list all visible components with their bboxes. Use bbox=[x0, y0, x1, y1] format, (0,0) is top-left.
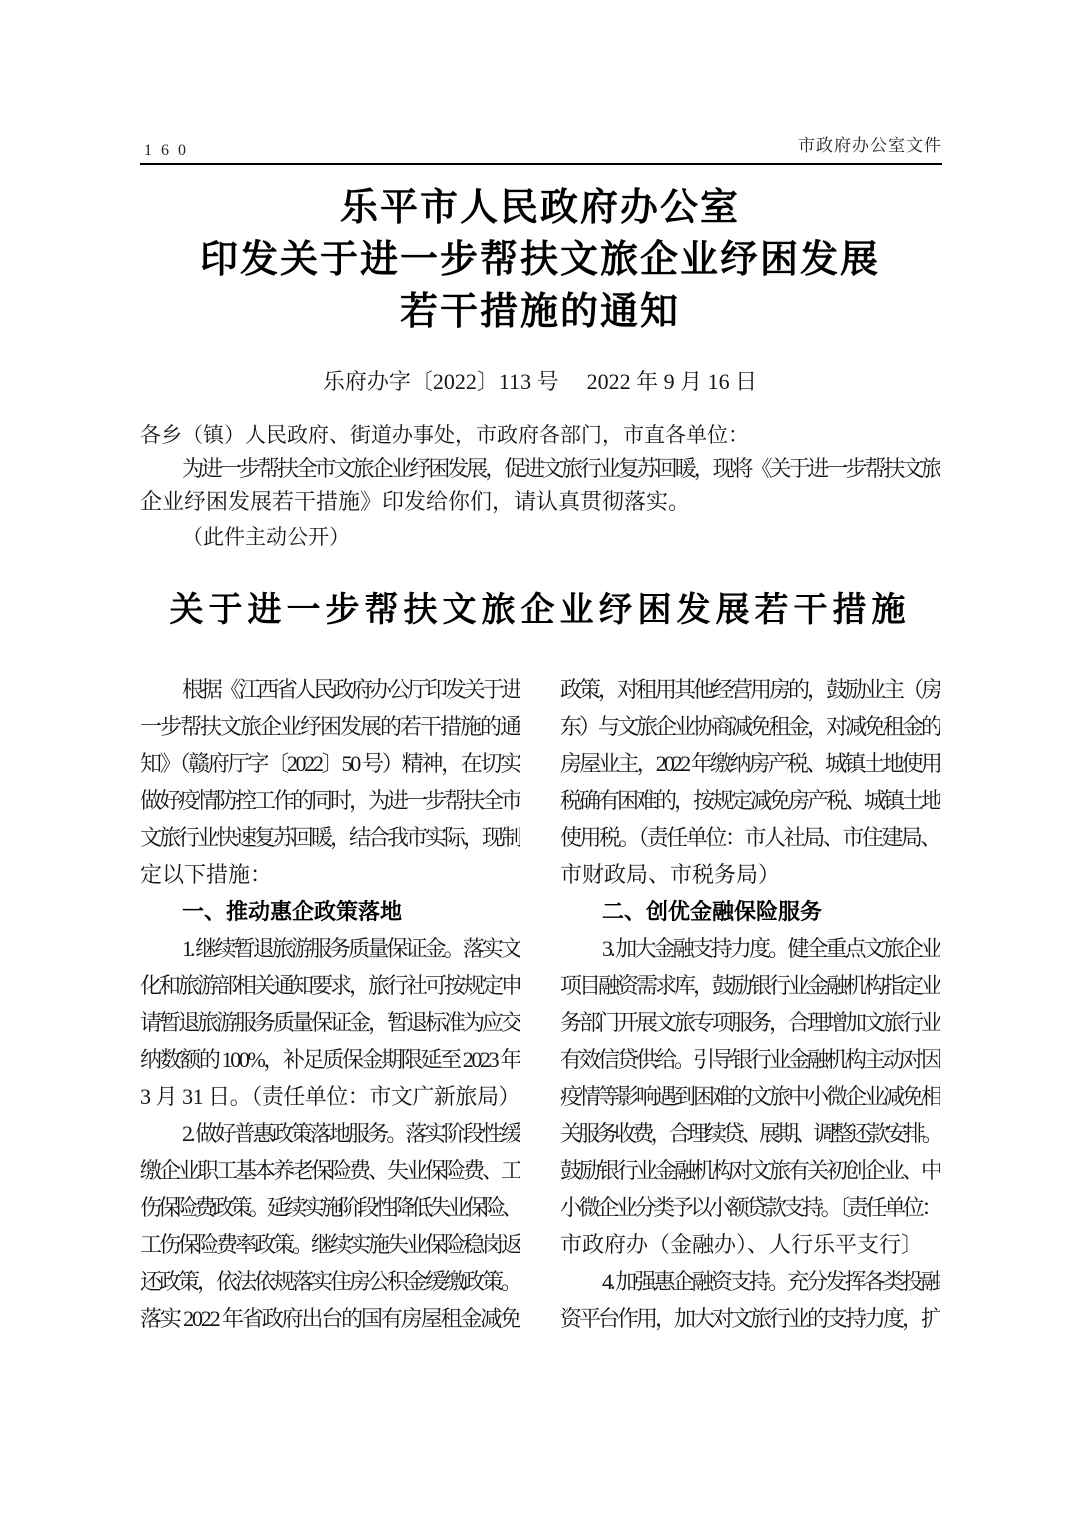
doc-date: 2022 年 9 月 16 日 bbox=[587, 366, 758, 398]
text-line: 房屋业主，2022 年缴纳房产税、城镇土地使用 bbox=[560, 745, 940, 782]
text-run: 资平台作用，加大对文旅行业的支持力度，扩 bbox=[560, 1300, 940, 1337]
text-run: 4. 加强惠企融资支持。充分发挥各类投融 bbox=[602, 1263, 940, 1300]
text-line: 伤保险费政策。延续实施阶段性降低失业保险、 bbox=[140, 1189, 520, 1226]
text-run: 一步帮扶文旅企业纾困发展的若干措施的通 bbox=[140, 708, 520, 745]
text-run: 3 月 31 日。（责任单位：市文广新旅局） bbox=[140, 1078, 520, 1115]
intro-paragraph: 为进一步帮扶全市文旅企业纾困发展，促进文旅行业复苏回暖，现将《关于进一步帮扶文旅… bbox=[140, 452, 940, 518]
text-line: 市政府办（金融办）、人行乐平支行〕 bbox=[560, 1226, 940, 1263]
text-run: 鼓励银行业金融机构对文旅有关初创企业、中 bbox=[560, 1152, 940, 1189]
text-line: 为进一步帮扶全市文旅企业纾困发展，促进文旅行业复苏回暖，现将《关于进一步帮扶文旅 bbox=[140, 452, 940, 485]
text-line: 市财政局、市税务局） bbox=[560, 856, 940, 893]
text-line: 东）与文旅企业协商减免租金，对减免租金的 bbox=[560, 708, 940, 745]
measures-body: 根据《江西省人民政府办公厅印发关于进一步帮扶文旅企业纾困发展的若干措施的通知》（… bbox=[140, 671, 940, 1337]
text-run: 工伤保险费率政策。继续实施失业保险稳岗返 bbox=[140, 1226, 520, 1263]
text-run: 落实 2022 年省政府出台的国有房屋租金减免 bbox=[140, 1300, 520, 1337]
text-line: 纳数额的 100%，补足质保金期限延至 2023 年 bbox=[140, 1041, 520, 1078]
text-run: 1. 继续暂退旅游服务质量保证金。落实文 bbox=[182, 930, 520, 967]
section-heading: 二、创优金融保险服务 bbox=[560, 893, 940, 930]
text-run: 一、推动惠企政策落地 bbox=[182, 893, 402, 930]
document-title: 乐平市人民政府办公室印发关于进一步帮扶文旅企业纾困发展若干措施的通知 bbox=[137, 182, 943, 338]
text-run: 乐平市人民政府办公室 bbox=[340, 182, 740, 234]
text-run: 定以下措施： bbox=[140, 856, 272, 893]
title-line: 若干措施的通知 bbox=[137, 286, 943, 338]
text-run: 房屋业主，2022 年缴纳房产税、城镇土地使用 bbox=[560, 745, 940, 782]
text-run: 纳数额的 100%，补足质保金期限延至 2023 年 bbox=[140, 1041, 520, 1078]
text-run: 3. 加大金融支持力度。健全重点文旅企业 bbox=[602, 930, 940, 967]
measures-left-column: 根据《江西省人民政府办公厅印发关于进一步帮扶文旅企业纾困发展的若干措施的通知》（… bbox=[140, 671, 520, 1337]
text-run: 东）与文旅企业协商减免租金，对减免租金的 bbox=[560, 708, 940, 745]
text-run: 市政府办（金融办）、人行乐平支行〕 bbox=[560, 1226, 923, 1263]
text-line: 3. 加大金融支持力度。健全重点文旅企业 bbox=[560, 930, 940, 967]
text-run: 做好疫情防控工作的同时，为进一步帮扶全市 bbox=[140, 782, 520, 819]
text-run: 若干措施的通知 bbox=[400, 286, 680, 338]
text-run: 根据《江西省人民政府办公厅印发关于进 bbox=[182, 671, 520, 708]
text-line: 定以下措施： bbox=[140, 856, 520, 893]
text-line: 关服务收费，合理续贷、展期、调整还款安排。 bbox=[560, 1115, 940, 1152]
text-run: 请暂退旅游服务质量保证金，暂退标准为应交 bbox=[140, 1004, 520, 1041]
document-number-line: 乐府办字〔2022〕113 号 2022 年 9 月 16 日 bbox=[140, 366, 940, 398]
text-run: 知》（赣府厅字〔2022〕50 号）精神，在切实 bbox=[140, 745, 520, 782]
measures-right-column: 政策，对租用其他经营用房的，鼓励业主（房东）与文旅企业协商减免租金，对减免租金的… bbox=[560, 671, 940, 1337]
text-run: 小微企业分类予以小额贷款支持。〔责任单位： bbox=[560, 1189, 940, 1226]
header-rule bbox=[140, 163, 942, 165]
page-number: 160 bbox=[144, 142, 195, 160]
text-line: 1. 继续暂退旅游服务质量保证金。落实文 bbox=[140, 930, 520, 967]
addressee-line: 各乡（镇）人民政府、街道办事处，市政府各部门，市直各单位： bbox=[140, 420, 940, 450]
text-run: 文旅行业快速复苏回暖，结合我市实际，现制 bbox=[140, 819, 520, 856]
text-line: 鼓励银行业金融机构对文旅有关初创企业、中 bbox=[560, 1152, 940, 1189]
text-run: 项目融资需求库，鼓励银行业金融机构指定业 bbox=[560, 967, 940, 1004]
text-line: 资平台作用，加大对文旅行业的支持力度，扩 bbox=[560, 1300, 940, 1337]
text-line: 请暂退旅游服务质量保证金，暂退标准为应交 bbox=[140, 1004, 520, 1041]
text-line: 还政策，依法依规落实住房公积金缓缴政策。 bbox=[140, 1263, 520, 1300]
text-line: 小微企业分类予以小额贷款支持。〔责任单位： bbox=[560, 1189, 940, 1226]
text-line: 化和旅游部相关通知要求，旅行社可按规定申 bbox=[140, 967, 520, 1004]
text-run: 缴企业职工基本养老保险费、失业保险费、工 bbox=[140, 1152, 520, 1189]
text-line: 文旅行业快速复苏回暖，结合我市实际，现制 bbox=[140, 819, 520, 856]
text-run: 化和旅游部相关通知要求，旅行社可按规定申 bbox=[140, 967, 520, 1004]
text-line: 务部门开展文旅专项服务，合理增加文旅行业 bbox=[560, 1004, 940, 1041]
text-run: 企业纾困发展若干措施》印发给你们，请认真贯彻落实。 bbox=[140, 485, 690, 518]
text-run: 2. 做好普惠政策落地服务。落实阶段性缓 bbox=[182, 1115, 520, 1152]
text-line: 缴企业职工基本养老保险费、失业保险费、工 bbox=[140, 1152, 520, 1189]
text-run: 政策，对租用其他经营用房的，鼓励业主（房 bbox=[560, 671, 940, 708]
text-line: 使用税。（责任单位：市人社局、市住建局、 bbox=[560, 819, 940, 856]
text-line: 有效信贷供给。引导银行业金融机构主动对因 bbox=[560, 1041, 940, 1078]
text-run: 有效信贷供给。引导银行业金融机构主动对因 bbox=[560, 1041, 940, 1078]
text-line: 做好疫情防控工作的同时，为进一步帮扶全市 bbox=[140, 782, 520, 819]
text-line: 疫情等影响遇到困难的文旅中小微企业减免相 bbox=[560, 1078, 940, 1115]
text-line: 4. 加强惠企融资支持。充分发挥各类投融 bbox=[560, 1263, 940, 1300]
text-run: 关服务收费，合理续贷、展期、调整还款安排。 bbox=[560, 1115, 940, 1152]
title-line: 乐平市人民政府办公室 bbox=[137, 182, 943, 234]
title-line: 印发关于进一步帮扶文旅企业纾困发展 bbox=[137, 234, 943, 286]
text-run: 务部门开展文旅专项服务，合理增加文旅行业 bbox=[560, 1004, 940, 1041]
measures-title: 关于进一步帮扶文旅企业纾困发展若干措施 bbox=[137, 588, 943, 632]
text-run: 二、创优金融保险服务 bbox=[602, 893, 822, 930]
text-line: 税确有困难的，按规定减免房产税、城镇土地 bbox=[560, 782, 940, 819]
text-line: 政策，对租用其他经营用房的，鼓励业主（房 bbox=[560, 671, 940, 708]
text-line: 工伤保险费率政策。继续实施失业保险稳岗返 bbox=[140, 1226, 520, 1263]
text-run: 印发关于进一步帮扶文旅企业纾困发展 bbox=[200, 234, 880, 286]
text-line: 落实 2022 年省政府出台的国有房屋租金减免 bbox=[140, 1300, 520, 1337]
text-run: 税确有困难的，按规定减免房产税、城镇土地 bbox=[560, 782, 940, 819]
text-run: 为进一步帮扶全市文旅企业纾困发展，促进文旅行业复苏回暖，现将《关于进一步帮扶文旅 bbox=[182, 452, 940, 485]
text-run: 还政策，依法依规落实住房公积金缓缴政策。 bbox=[140, 1263, 520, 1300]
text-line: 3 月 31 日。（责任单位：市文广新旅局） bbox=[140, 1078, 520, 1115]
text-run: 市财政局、市税务局） bbox=[560, 856, 780, 893]
text-run: 伤保险费政策。延续实施阶段性降低失业保险、 bbox=[140, 1189, 520, 1226]
doc-number: 乐府办字〔2022〕113 号 bbox=[323, 366, 559, 398]
page-header: 160 市政府办公室文件 bbox=[140, 134, 942, 162]
header-right-label: 市政府办公室文件 bbox=[798, 131, 942, 156]
text-line: 知》（赣府厅字〔2022〕50 号）精神，在切实 bbox=[140, 745, 520, 782]
text-line: 企业纾困发展若干措施》印发给你们，请认真贯彻落实。 bbox=[140, 485, 940, 518]
text-line: 根据《江西省人民政府办公厅印发关于进 bbox=[140, 671, 520, 708]
document-page: 160 市政府办公室文件 乐平市人民政府办公室印发关于进一步帮扶文旅企业纾困发展… bbox=[0, 0, 1074, 1520]
text-line: 一步帮扶文旅企业纾困发展的若干措施的通 bbox=[140, 708, 520, 745]
public-note: （此件主动公开） bbox=[140, 522, 982, 552]
text-line: 2. 做好普惠政策落地服务。落实阶段性缓 bbox=[140, 1115, 520, 1152]
text-run: 疫情等影响遇到困难的文旅中小微企业减免相 bbox=[560, 1078, 940, 1115]
text-run: 使用税。（责任单位：市人社局、市住建局、 bbox=[560, 819, 940, 856]
section-heading: 一、推动惠企政策落地 bbox=[140, 893, 520, 930]
text-line: 项目融资需求库，鼓励银行业金融机构指定业 bbox=[560, 967, 940, 1004]
